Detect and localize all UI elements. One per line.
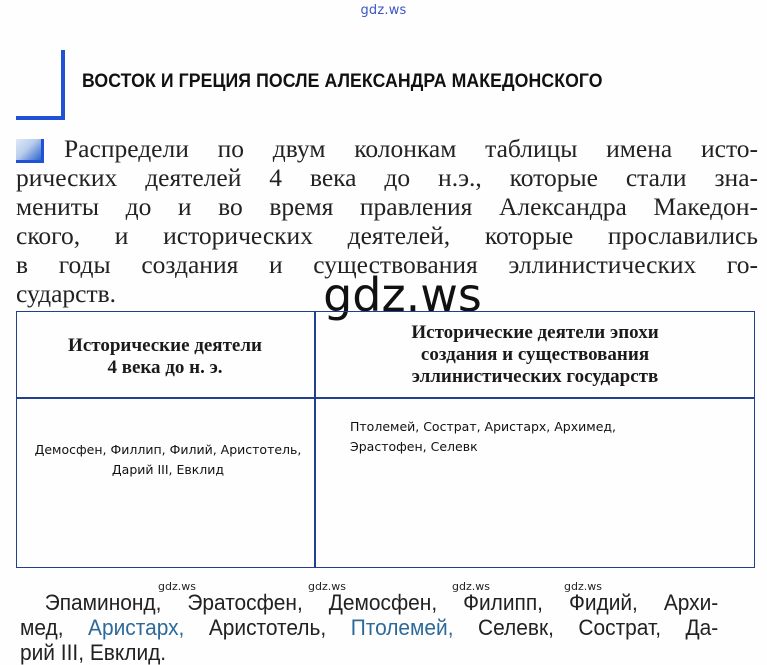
cell-line: Птолемей, Сострат, Аристарх, Архимед, [350, 417, 650, 437]
header-line: создания и существования [315, 344, 755, 366]
options-line: рий III, Евклид. [20, 640, 718, 665]
option-name: Селевк, Сострат, Да- [478, 615, 718, 640]
header-line: 4 века до н. э. [16, 357, 314, 379]
watermark-top: gdz.ws [0, 3, 767, 18]
cell-line: Дарий III, Евклид [20, 460, 316, 480]
header-line: эллинистических государств [315, 366, 755, 388]
table-header-divider [16, 397, 755, 399]
cell-line: Эрастофен, Селевк [350, 437, 650, 457]
task-line: рических деятелей 4 века до н.э., которы… [16, 163, 758, 192]
option-name: рий III, [20, 640, 90, 665]
section-title: ВОСТОК И ГРЕЦИЯ ПОСЛЕ АЛЕКСАНДРА МАКЕДОН… [82, 71, 603, 93]
task-line: Распредели по двум колонкам таблицы имен… [16, 134, 758, 163]
table-cell-col1: Демосфен, Филлип, Филий, Аристотель, Дар… [20, 440, 316, 480]
table-header-col1: Исторические деятели 4 века до н. э. [16, 335, 314, 379]
task-line: ского, и исторических деятелей, которые … [16, 221, 758, 250]
task-line: мениты до и во время правления Александр… [16, 192, 758, 221]
name-options-list: Эпаминонд, Эратосфен, Демосфен, Филипп, … [20, 590, 718, 665]
options-line: мед, Аристарх, Аристотель, Птолемей, Сел… [20, 615, 718, 640]
table-header-col2: Исторические деятели эпохи создания и су… [315, 322, 755, 388]
header-line: Исторические деятели [16, 335, 314, 357]
option-name: Евклид. [90, 640, 166, 665]
table-cell-col2: Птолемей, Сострат, Аристарх, Архимед, Эр… [350, 417, 650, 457]
options-line: Эпаминонд, Эратосфен, Демосфен, Филипп, … [20, 590, 718, 615]
option-name: Аристарх, [88, 615, 209, 640]
option-name: Птолемей, [351, 615, 478, 640]
header-line: Исторические деятели эпохи [315, 322, 755, 344]
cell-line: Демосфен, Филлип, Филий, Аристотель, [20, 440, 316, 460]
section-bracket-decoration [16, 50, 65, 120]
option-name: Аристотель, [209, 615, 351, 640]
option-name: мед, [20, 615, 88, 640]
